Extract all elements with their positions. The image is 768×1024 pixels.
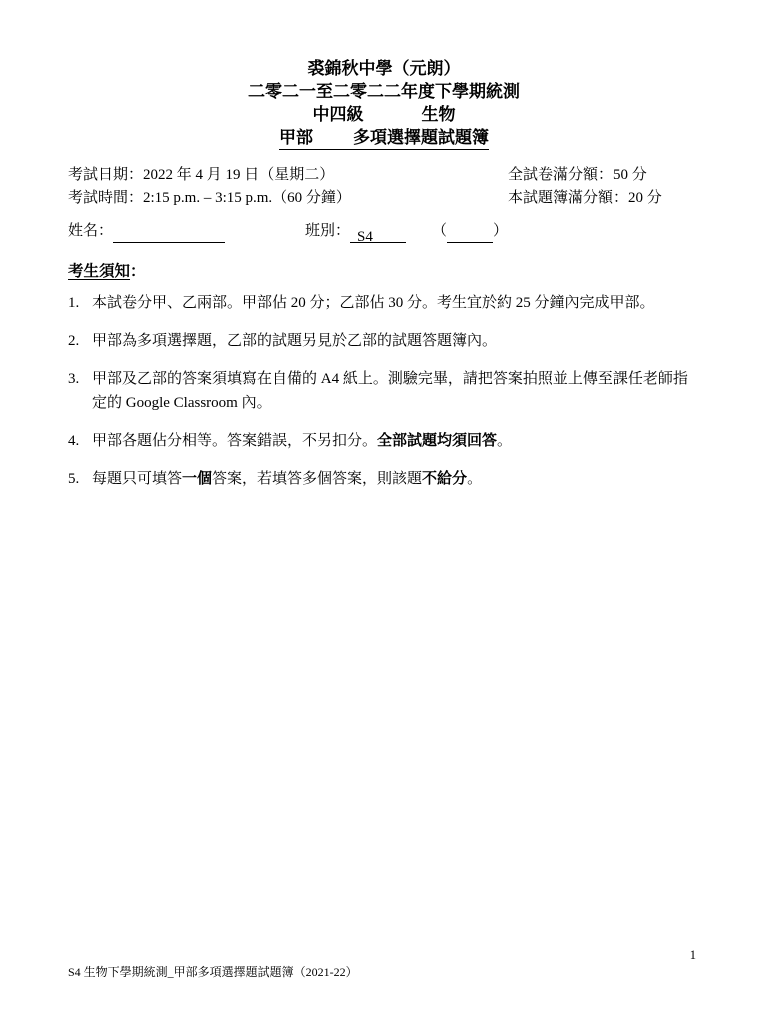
notice-text-segment-bold: 全部試題均須回答 <box>377 433 497 449</box>
school-name: 裘錦秋中學（元朗） <box>68 57 700 80</box>
paper-title-underlined: 甲部多項選擇題試題簿 <box>279 128 489 150</box>
notice-item-1: 1. 本試卷分甲、乙兩部。甲部佔 20 分；乙部佔 30 分。考生宜於約 25 … <box>68 291 700 315</box>
paper-title-line: 甲部多項選擇題試題簿 <box>68 126 700 150</box>
class-label: 班別： <box>305 223 350 239</box>
notice-text-segment: 。 <box>467 471 482 487</box>
notices-heading-text: 考生須知 <box>68 263 130 280</box>
notice-text-segment-bold: 不給分 <box>422 471 467 487</box>
exam-time-label: 考試時間： <box>68 190 143 206</box>
full-marks-line: 全試卷滿分額：50 分 <box>508 164 700 187</box>
class-subject-line: 中四級生物 <box>68 103 700 126</box>
document-page: 裘錦秋中學（元朗） 二零二一至二零二二年度下學期統測 中四級生物 甲部多項選擇題… <box>0 0 768 1024</box>
notice-text-segment: 本試卷分甲、乙兩部。甲部佔 20 分；乙部佔 30 分。考生宜於約 25 分鐘內… <box>92 295 655 311</box>
exam-info-section: 考試日期：2022 年 4 月 19 日（星期二） 全試卷滿分額：50 分 考試… <box>68 164 700 210</box>
class-number-open-paren: （ <box>432 223 447 239</box>
footer-document-title: S4 生物下學期統測_甲部多項選擇題試題簿（2021-22） <box>68 963 358 980</box>
notice-text-segment: 。 <box>497 433 512 449</box>
document-header: 裘錦秋中學（元朗） 二零二一至二零二二年度下學期統測 中四級生物 甲部多項選擇題… <box>68 57 700 150</box>
notice-item-number: 3. <box>68 367 92 415</box>
notice-item-5: 5. 每題只可填答一個答案，若填答多個答案，則該題不給分。 <box>68 467 700 491</box>
subject-name: 生物 <box>422 105 456 124</box>
notice-item-3: 3. 甲部及乙部的答案須填寫在自備的 A4 紙上。測驗完畢，請把答案拍照並上傳至… <box>68 367 700 415</box>
notice-item-text: 甲部及乙部的答案須填寫在自備的 A4 紙上。測驗完畢，請把答案拍照並上傳至課任老… <box>92 367 700 415</box>
document-content: 裘錦秋中學（元朗） 二零二一至二零二二年度下學期統測 中四級生物 甲部多項選擇題… <box>0 0 768 491</box>
notices-heading: 考生須知： <box>68 260 700 284</box>
notices-list: 1. 本試卷分甲、乙兩部。甲部佔 20 分；乙部佔 30 分。考生宜於約 25 … <box>68 291 700 491</box>
notice-text-segment: 甲部及乙部的答案須填寫在自備的 A4 紙上。測驗完畢，請把答案拍照並上傳至課任老… <box>92 371 688 411</box>
exam-date-value: 2022 年 4 月 19 日（星期二） <box>143 167 334 183</box>
page-number: 1 <box>690 948 696 963</box>
exam-title: 二零二一至二零二二年度下學期統測 <box>68 80 700 103</box>
notice-item-text: 每題只可填答一個答案，若填答多個答案，則該題不給分。 <box>92 467 700 491</box>
identity-row: 姓名：班別：S4（） <box>68 220 700 243</box>
booklet-marks-line: 本試題簿滿分額：20 分 <box>508 187 700 210</box>
notice-item-number: 4. <box>68 429 92 453</box>
name-label: 姓名： <box>68 223 113 239</box>
exam-time-line: 考試時間：2:15 p.m. – 3:15 p.m.（60 分鐘） <box>68 187 508 210</box>
notices-heading-colon: ： <box>130 263 146 280</box>
name-blank-line <box>113 226 225 243</box>
notice-item-2: 2. 甲部為多項選擇題，乙部的試題另見於乙部的試題答題簿內。 <box>68 329 700 353</box>
notice-item-number: 2. <box>68 329 92 353</box>
notice-text-segment: 甲部各題佔分相等。答案錯誤，不另扣分。 <box>92 433 377 449</box>
class-level: 中四級 <box>313 105 364 124</box>
class-blank-line: S4 <box>350 226 406 243</box>
class-number-close-paren: ） <box>493 223 508 239</box>
notice-item-number: 5. <box>68 467 92 491</box>
paper-title: 多項選擇題試題簿 <box>353 128 489 147</box>
notice-item-number: 1. <box>68 291 92 315</box>
exam-date-line: 考試日期：2022 年 4 月 19 日（星期二） <box>68 164 508 187</box>
notice-text-segment: 每題只可填答 <box>92 471 182 487</box>
exam-date-label: 考試日期： <box>68 167 143 183</box>
notice-item-text: 本試卷分甲、乙兩部。甲部佔 20 分；乙部佔 30 分。考生宜於約 25 分鐘內… <box>92 291 700 315</box>
notice-text-segment: 答案，若填答多個答案，則該題 <box>212 471 422 487</box>
class-value: S4 <box>357 229 373 245</box>
notice-item-4: 4. 甲部各題佔分相等。答案錯誤，不另扣分。全部試題均須回答。 <box>68 429 700 453</box>
notice-text-segment: 甲部為多項選擇題，乙部的試題另見於乙部的試題答題簿內。 <box>92 333 497 349</box>
exam-time-value: 2:15 p.m. – 3:15 p.m.（60 分鐘） <box>143 190 351 206</box>
notice-item-text: 甲部為多項選擇題，乙部的試題另見於乙部的試題答題簿內。 <box>92 329 700 353</box>
notice-text-segment-bold: 一個 <box>182 471 212 487</box>
section-label: 甲部 <box>279 128 313 147</box>
class-number-blank-line <box>447 226 493 243</box>
notice-item-text: 甲部各題佔分相等。答案錯誤，不另扣分。全部試題均須回答。 <box>92 429 700 453</box>
